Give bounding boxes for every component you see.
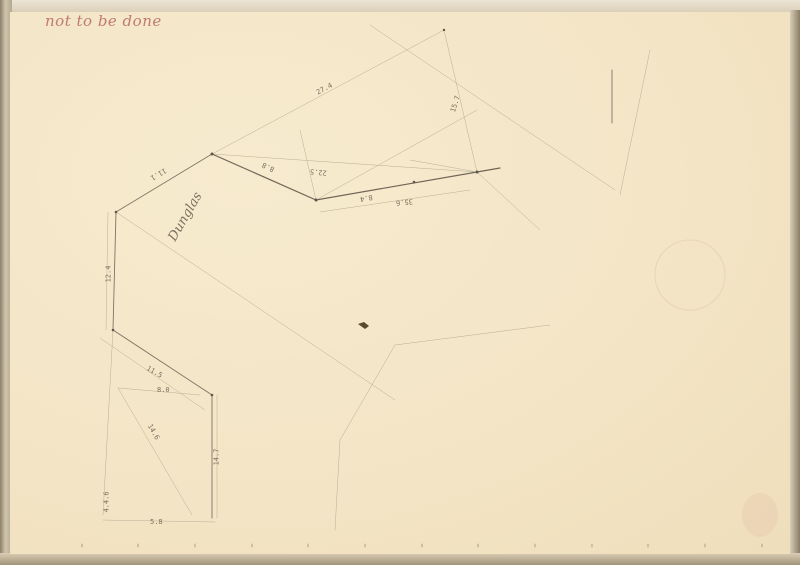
dimension-label: 22.5 [310, 167, 327, 176]
annotation-not-to-be-done: not to be done [45, 12, 162, 30]
dimension-label: 14.7 [212, 449, 220, 466]
dimension-label: 12.4 [104, 266, 112, 283]
dimension-label: 5.8 [150, 518, 163, 526]
dimension-label: 8.0 [157, 386, 170, 394]
dimension-label: 35.6 [396, 197, 413, 206]
ink-blot [358, 322, 369, 329]
dimension-label: 4.4.6 [103, 491, 111, 512]
survey-sketch: Dunglas [0, 0, 800, 565]
scanned-page: Dunglas not to be done 27.4 11.1 8.8 22.… [0, 0, 800, 565]
signature: Dunglas [165, 189, 206, 244]
survey-boundary [212, 154, 500, 200]
